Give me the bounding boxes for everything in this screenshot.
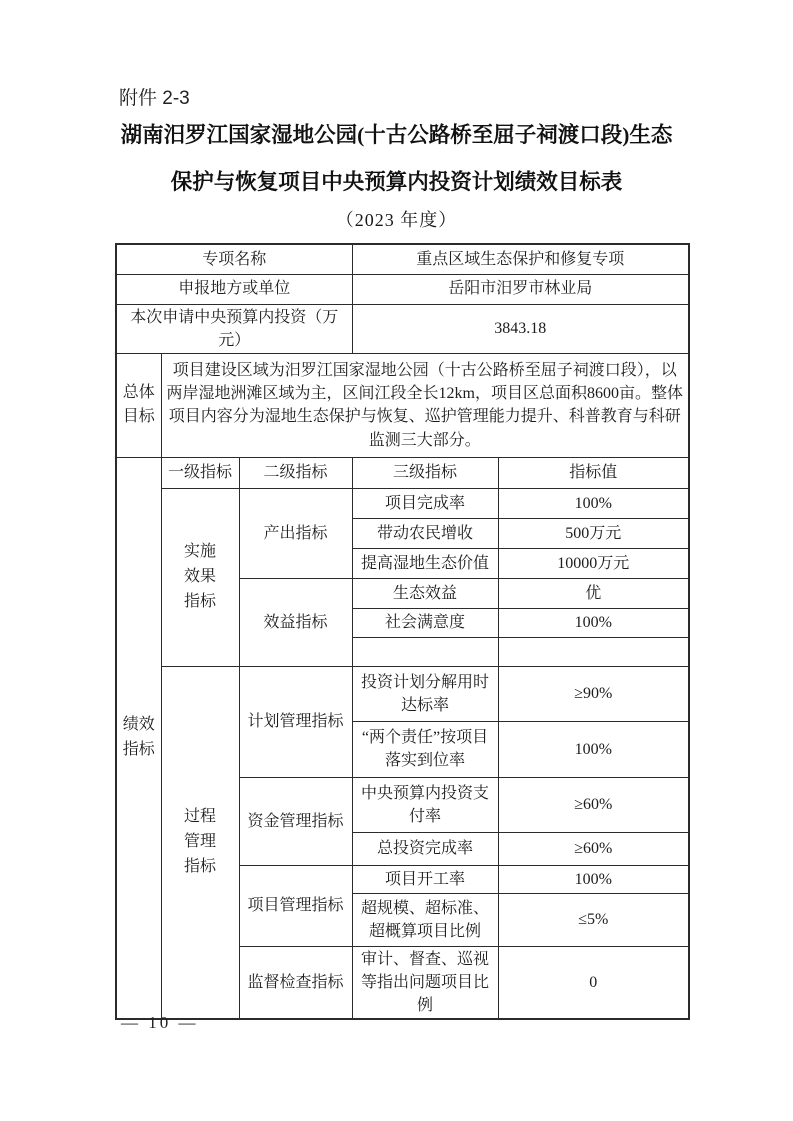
- scanned-document-page: 附件 2-3 湖南汨罗江国家湿地公园(十古公路桥至屈子祠渡口段)生态 保护与恢复…: [0, 0, 793, 1121]
- table-row: 申报地方或单位 岳阳市汨罗市林业局: [116, 274, 689, 304]
- indicator-value-cell: ≥60%: [498, 777, 689, 832]
- requested-investment-label: 本次申请中央预算内投资（万元）: [116, 304, 352, 353]
- table-row: 本次申请中央预算内投资（万元） 3843.18: [116, 304, 689, 353]
- document-title-line1: 湖南汨罗江国家湿地公园(十古公路桥至屈子祠渡口段)生态: [0, 112, 793, 159]
- indicator-level3-cell: 总投资完成率: [352, 832, 498, 865]
- declaring-unit-label: 申报地方或单位: [116, 274, 352, 304]
- indicator-value-cell: 10000万元: [498, 548, 689, 578]
- table-row: 专项名称 重点区域生态保护和修复专项: [116, 244, 689, 274]
- indicator-level3-cell: 中央预算内投资支付率: [352, 777, 498, 832]
- overall-goal-label-cell: 总体目标: [116, 353, 161, 457]
- attachment-label: 附件 2-3: [119, 83, 190, 110]
- performance-target-table: 专项名称 重点区域生态保护和修复专项 申报地方或单位 岳阳市汨罗市林业局 本次申…: [115, 243, 690, 1020]
- indicator-value-cell: 0: [498, 946, 689, 1019]
- indicator-value-cell: 500万元: [498, 518, 689, 548]
- document-title: 湖南汨罗江国家湿地公园(十古公路桥至屈子祠渡口段)生态 保护与恢复项目中央预算内…: [0, 112, 793, 206]
- header-level3: 三级指标: [352, 457, 498, 488]
- table-row: 实施效果指标 产出指标 项目完成率 100%: [116, 488, 689, 518]
- indicator-value-cell: 100%: [498, 608, 689, 637]
- level2-fund-management: 资金管理指标: [239, 777, 352, 865]
- indicator-level3-cell: 超规模、超标准、超概算项目比例: [352, 893, 498, 946]
- indicator-value-cell: 100%: [498, 721, 689, 777]
- level2-output-indicators: 产出指标: [239, 488, 352, 578]
- indicator-level3-cell: 提高湿地生态价值: [352, 548, 498, 578]
- document-title-line2: 保护与恢复项目中央预算内投资计划绩效目标表: [0, 159, 793, 206]
- level2-plan-management: 计划管理指标: [239, 666, 352, 777]
- special-project-name-label: 专项名称: [116, 244, 352, 274]
- indicator-level3-cell: 社会满意度: [352, 608, 498, 637]
- header-level2: 二级指标: [239, 457, 352, 488]
- document-period: （2023 年度）: [0, 206, 793, 232]
- indicator-value-cell: 优: [498, 578, 689, 608]
- performance-indicators-label-cell: 绩效指标: [116, 457, 161, 1019]
- indicator-level3-cell: 投资计划分解用时达标率: [352, 666, 498, 721]
- indicator-level3-cell: 生态效益: [352, 578, 498, 608]
- indicator-value-cell: ≥90%: [498, 666, 689, 721]
- indicator-value-cell: 100%: [498, 488, 689, 518]
- special-project-name-value: 重点区域生态保护和修复专项: [352, 244, 689, 274]
- indicator-value-cell: ≥60%: [498, 832, 689, 865]
- level2-supervision-inspection: 监督检查指标: [239, 946, 352, 1019]
- indicator-level3-cell: 项目完成率: [352, 488, 498, 518]
- indicator-level3-cell: 审计、督查、巡视等指出问题项目比例: [352, 946, 498, 1019]
- indicator-level3-cell: 带动农民增收: [352, 518, 498, 548]
- table-row: 总体目标 项目建设区域为汨罗江国家湿地公园（十古公路桥至屈子祠渡口段），以两岸湿…: [116, 353, 689, 457]
- indicator-value-cell: 100%: [498, 865, 689, 893]
- indicator-value-cell-empty: [498, 637, 689, 666]
- overall-goal-label: 总体目标: [123, 381, 155, 431]
- indicator-level3-cell: “两个责任”按项目落实到位率: [352, 721, 498, 777]
- page-number: — 10 —: [121, 1013, 199, 1033]
- indicator-level3-cell: 项目开工率: [352, 865, 498, 893]
- level1-implementation-effect: 实施效果指标: [184, 540, 216, 614]
- level2-project-management: 项目管理指标: [239, 865, 352, 946]
- header-level1: 一级指标: [161, 457, 239, 488]
- requested-investment-value: 3843.18: [352, 304, 689, 353]
- header-value: 指标值: [498, 457, 689, 488]
- declaring-unit-value: 岳阳市汨罗市林业局: [352, 274, 689, 304]
- level1-process-management-cell: 过程管理指标: [161, 666, 239, 1019]
- level1-implementation-effect-cell: 实施效果指标: [161, 488, 239, 666]
- indicator-value-cell: ≤5%: [498, 893, 689, 946]
- overall-goal-text: 项目建设区域为汨罗江国家湿地公园（十古公路桥至屈子祠渡口段），以两岸湿地洲滩区域…: [161, 353, 689, 457]
- level2-benefit-indicators: 效益指标: [239, 578, 352, 666]
- level1-process-management: 过程管理指标: [184, 805, 216, 879]
- performance-indicators-label: 绩效指标: [123, 713, 155, 763]
- table-row: 过程管理指标 计划管理指标 投资计划分解用时达标率 ≥90%: [116, 666, 689, 721]
- indicator-level3-cell-empty: [352, 637, 498, 666]
- table-header-row: 绩效指标 一级指标 二级指标 三级指标 指标值: [116, 457, 689, 488]
